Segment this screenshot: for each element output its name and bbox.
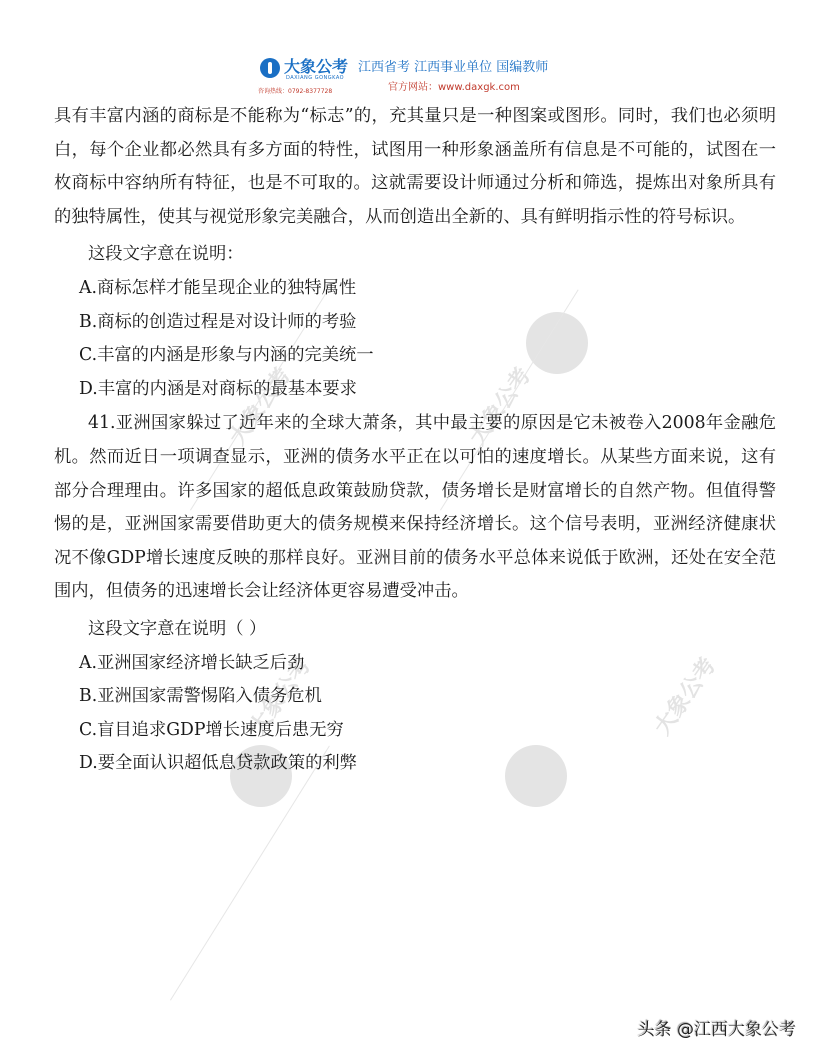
footer-credit: 头条 @江西大象公考 <box>638 1015 796 1040</box>
hotline-text: 咨询热线：0792-8377728 <box>258 86 332 95</box>
question41-option-a: A.亚洲国家经济增长缺乏后劲 <box>54 647 776 681</box>
question40-option-a: A.商标怎样才能呈现企业的独特属性 <box>54 272 776 306</box>
question40-option-b: B.商标的创造过程是对设计师的考验 <box>54 306 776 340</box>
question41-passage: 41.亚洲国家躲过了近年来的全球大萧条，其中最主要的原因是它未被卷入2008年金… <box>54 407 776 609</box>
brand-name: 大象公考 <box>284 54 348 77</box>
question40-passage: 具有丰富内涵的商标是不能称为“标志”的，充其量只是一种图案或图形。同时，我们也必… <box>54 100 776 234</box>
website-link[interactable]: 官方网站：www.daxgk.com <box>388 78 520 93</box>
brand-logo-icon <box>260 58 280 78</box>
question40-option-c: C.丰富的内涵是形象与内涵的完美统一 <box>54 339 776 373</box>
question41-prompt: 这段文字意在说明（ ） <box>54 613 776 647</box>
question40-prompt: 这段文字意在说明： <box>54 238 776 272</box>
watermark-line <box>170 746 330 1001</box>
question40-option-d: D.丰富的内涵是对商标的最基本要求 <box>54 373 776 407</box>
page-header: 大象公考 DAXIANG GONGKAO 咨询热线：0792-8377728 江… <box>258 48 578 98</box>
document-body: 具有丰富内涵的商标是不能称为“标志”的，充其量只是一种图案或图形。同时，我们也必… <box>54 100 776 781</box>
question41-option-c: C.盲目追求GDP增长速度后患无穷 <box>54 714 776 748</box>
header-tagline: 江西省考 江西事业单位 国编教师 <box>358 56 548 75</box>
question41-option-d: D.要全面认识超低息贷款政策的利弊 <box>54 747 776 781</box>
brand-subtitle: DAXIANG GONGKAO <box>286 75 344 81</box>
question41-option-b: B.亚洲国家需警惕陷入债务危机 <box>54 680 776 714</box>
